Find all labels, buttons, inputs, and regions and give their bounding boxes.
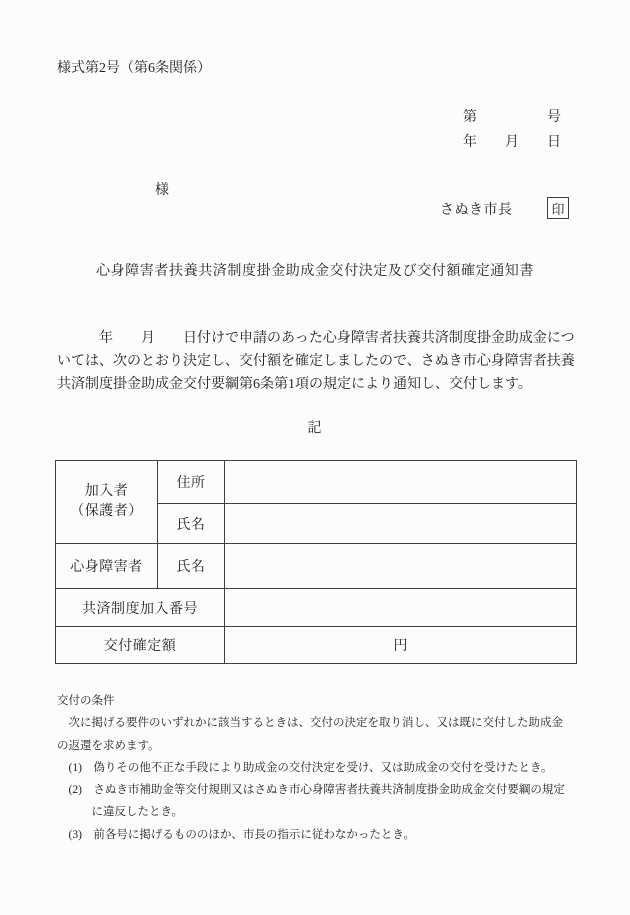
note-line: の返還を求めます。 [57,735,565,757]
note-line: 次に掲げる要件のいずれかに該当するときは、交付の決定を取り消し、又は既に交付した… [57,712,565,734]
document-page: 様式第2号（第6条関係） 第 号 年 月 日 様 さぬき市長 印 心身障害者扶養… [0,0,630,915]
table-cell-address-value [225,461,577,504]
table-cell-amount-label: 交付確定額 [56,627,225,664]
note-line-item-2-continued: に違反したとき。 [57,801,565,823]
note-line-condition-title: 交付の条件 [57,690,565,712]
table-cell-disabled-person-label: 心身障害者 [56,544,158,589]
paragraph-line: いては、次のとおり決定し、交付額を確定しましたので、さぬき市心身障害者扶養 [57,350,575,373]
seal-box: 印 [547,197,569,219]
table-cell-membership-number-label: 共済制度加入番号 [56,589,225,627]
table-row: 加入者 （保護者） 住所 [56,461,577,504]
note-line-item-3: (3) 前各号に掲げるもののほか、市長の指示に従わなかったとき。 [57,824,565,846]
table-cell-membership-number-value [225,589,577,627]
document-number-line: 第 号 [463,106,561,126]
table-cell-member-name-value [225,504,577,544]
member-group-line1: 加入者 [60,482,153,502]
table-cell-amount-unit: 円 [225,627,577,664]
form-number: 様式第2号（第6条関係） [57,57,211,77]
note-line-item-1: (1) 偽りその他不正な手段により助成金の交付決定を受け、又は助成金の交付を受け… [57,757,565,779]
table-cell-member-group: 加入者 （保護者） [56,461,158,544]
grant-conditions-notes: 交付の条件 次に掲げる要件のいずれかに該当するときは、交付の決定を取り消し、又は… [57,690,565,846]
date-line: 年 月 日 [463,131,561,151]
paragraph-line: 年 月 日付けで申請のあった心身障害者扶養共済制度掛金助成金につ [57,327,575,350]
table-cell-member-name-label: 氏名 [158,504,225,544]
paragraph-line: 共済制度掛金助成金交付要綱第6条第1項の規定により通知し、交付します。 [57,373,575,396]
notice-table: 加入者 （保護者） 住所 氏名 心身障害者 氏名 共済制度加入番号 交付確定額 … [55,460,577,664]
table-cell-disabled-name-value [225,544,577,589]
table-row: 共済制度加入番号 [56,589,577,627]
note-line-item-2: (2) さぬき市補助金等交付規則又はさぬき市心身障害者扶養共済制度掛金助成金交付… [57,779,565,801]
body-paragraph: 年 月 日付けで申請のあった心身障害者扶養共済制度掛金助成金につ いては、次のと… [57,327,575,396]
table-cell-disabled-name-label: 氏名 [158,544,225,589]
ki-marker: 記 [0,417,630,437]
member-group-line2: （保護者） [60,502,153,522]
seal-label: 印 [551,199,564,218]
addressee-suffix: 様 [155,179,169,199]
table-cell-address-label: 住所 [158,461,225,504]
table-row: 心身障害者 氏名 [56,544,577,589]
sender-name: さぬき市長 [440,199,513,219]
table-row: 交付確定額 円 [56,627,577,664]
document-title: 心身障害者扶養共済制度掛金助成金交付決定及び交付額確定通知書 [0,260,630,280]
